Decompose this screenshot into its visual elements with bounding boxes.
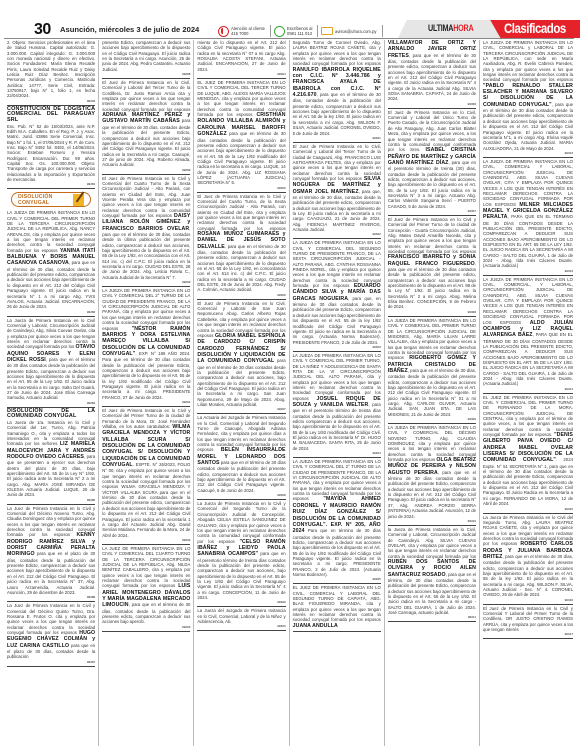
page-date: Asunción, miércoles 3 de julio de 2024 (60, 25, 199, 34)
column-1: 2. Objeto: Servicios profesionales en el… (4, 40, 99, 746)
ad-code: 99304 (293, 451, 381, 455)
ad-body: EL JUEZ DE PRIMERA INSTANCIA EN LO CIVIL… (483, 395, 573, 437)
ad-tail: , para que en el término de 30 días cont… (388, 470, 476, 519)
ad-tail: , para que en el término de 30 días, con… (7, 260, 95, 309)
divider (270, 25, 271, 37)
section-title: Clasificados (504, 20, 566, 36)
classified-ad: LA JUEZA DE PRIMERA INSTANCIA EN LO CIVI… (102, 288, 190, 407)
classified-ad: LA JUEZ DE PRIMERA INSTANCIA EN LO CIVIL… (102, 546, 190, 632)
divider (382, 25, 383, 37)
ad-tail: , para que en el término, de 30 días con… (388, 572, 476, 615)
ad-code: 99289 (102, 168, 190, 172)
classified-ad: LA JUEZA DE PRIMERA INSTANCIA EN LO CIVI… (388, 425, 476, 526)
ad-code: 99281 (7, 182, 95, 186)
ad-tail: . 2024 Expte. N° 51 SECRETARÍA N° 1, par… (483, 457, 573, 506)
classified-ad: La Jueza de Primera Instancia en lo Civi… (197, 501, 285, 607)
ad-body: El Juez de Primera Instancia en lo Civil… (102, 176, 190, 218)
ad-tail: , para que en el término de 30 días cont… (483, 102, 573, 151)
ad-body: LA JUEZA DE PRIMERA INSTANCIA EN LO CIVI… (293, 240, 381, 288)
classified-ad: Segunda Turno de Coronel Oviedo, Abg. LA… (293, 40, 381, 143)
column-4: Segunda Turno de Coronel Oviedo, Abg. LA… (290, 40, 385, 746)
ad-code: 99295 (197, 186, 285, 190)
classified-ad: La Jueza de Primera Instancia en lo Civi… (7, 318, 95, 408)
ad-code: 99310 (388, 519, 476, 523)
ad-body: Esc. Pub. N° 52 de 15/03/2024, ante N.P.… (7, 124, 95, 182)
pen-icon (73, 194, 84, 206)
divider (317, 25, 318, 37)
ad-body: presente Edicto, comparezcan a deducir s… (102, 40, 190, 72)
ad-tail: . EXP. N° 186 AÑO 2024. Para que en térm… (102, 351, 190, 400)
ad-code: 99300 (197, 624, 285, 628)
ad-code: 99298 (197, 493, 285, 497)
section-tag-disolucion-conyugal: DISOLUCIÓN CONYUGAL (11, 192, 91, 207)
ad-body: El Juez de Primera Instancia en lo Civil… (388, 110, 476, 152)
classified-ad: miento de lo dispuesto en el Art. 212 de… (197, 40, 285, 79)
ad-code: 99292 (102, 538, 190, 542)
ad-code: 99316 (483, 598, 573, 602)
classified-ad: la Jueza de Primera Instancia en lo Civi… (388, 527, 476, 623)
phone-icon (218, 26, 229, 37)
ad-body: La Jueza de Primera Instancia en lo Civi… (197, 501, 285, 543)
ad-tail: , para que, en término de 30 días contad… (293, 296, 381, 345)
ad-code: 99283 (7, 310, 95, 314)
ad-tail: , para que en el término de 30 días cont… (388, 261, 476, 310)
ad-body: LA JUEZA DE PRIMERA INSTANCIA EN LO CIVI… (102, 288, 190, 330)
classified-ad: El Juez de Primera Instancia en lo Civil… (197, 194, 285, 300)
whatsapp-icon (274, 26, 285, 37)
ad-tail: para que en el plazo de 30 días, contado… (7, 551, 95, 594)
ad-tail: , PARA QUE EN EL TÉRMINO DE 30 DÍAS CONT… (483, 332, 573, 386)
mail-icon (321, 27, 333, 35)
classified-ad: El Juez de Primera Instancia en lo Civil… (388, 110, 476, 216)
ad-code: 99301 (293, 136, 381, 140)
contact-phone-value: 415 7000 (231, 31, 248, 36)
ad-code: 99305 (293, 577, 381, 581)
ad-code: 99294 (197, 72, 285, 76)
classified-ad: LA JUEZA DE PRIMERA INSTANCIA EN LO CIVI… (483, 40, 573, 158)
classified-ad: El Juez de Primera Instancia en lo Civil… (388, 217, 476, 317)
ad-code: 99307 (388, 209, 476, 213)
classified-ad: LA JUEZA DE PRIMERA INSTANCIA EN LO CIVI… (483, 277, 573, 394)
column-5: VILLAMAYOR DE ORTIZ Y ARNALDO JAVIER ORT… (385, 40, 480, 746)
contact-phone[interactable]: Atención al cliente415 7000 (218, 24, 271, 38)
ad-code: 99291 (102, 400, 190, 404)
contact-email[interactable]: avisos@uhora.com.py (321, 24, 383, 38)
ad-code: 99311 (388, 615, 476, 619)
ad-body: LA JUEZ DE PRIMERA INSTANCIA EN LO CIVIL… (102, 546, 190, 588)
contact-whatsapp-value: 0981 111 013 (287, 31, 312, 36)
classified-ad: CONSTITUCIÓN DE LOGÍSTICA COMERCIAL DEL … (7, 107, 95, 190)
ad-code: 99202 (7, 99, 95, 103)
ad-body: El Juez de Primera Instancia en lo Civil… (102, 80, 190, 112)
contact-whatsapp[interactable]: Escríbenos al0981 111 013 (274, 24, 318, 38)
ad-body: El Juez de Primera Instancia en lo Civil… (388, 217, 476, 254)
ad-body: EL JUEZ DE PRIMERA INSTANCIA EN LO CIVIL… (293, 585, 381, 622)
ad-tail: Para que en término de 30 días contados … (293, 528, 381, 577)
ad-code: 99303 (293, 345, 381, 349)
ad-code: 99287 (7, 660, 95, 664)
ad-tail: . EXPTE. N° 26/2023, FOLIO N° 00, cita y… (102, 462, 190, 537)
classified-ad: EL JUEZ DE PRIMERA INSTANCIA EN LO CIVIL… (483, 395, 573, 514)
ad-code: 99290 (102, 280, 190, 284)
classified-ad: El Juez de Primera Instancia en lo Civil… (102, 408, 190, 545)
classified-ad: DISOLUCIÓN DE LA COMUNIDAD CONYUGALLa Ju… (7, 409, 95, 505)
classified-ad: EL JUEZ DE PRIMERA INSTANCIA EN LO CIVIL… (197, 80, 285, 193)
ad-body: El Juez de Primera Instancia en lo Civil… (197, 194, 285, 231)
ad-tail: , para que en el término de 30 días, con… (483, 554, 573, 597)
ad-body: 2. Objeto: Servicios profesionales en el… (7, 40, 95, 98)
ad-code: 99306 (388, 102, 476, 106)
classified-ad: presente Edicto, comparezcan a deducir s… (102, 40, 190, 79)
classified-ad: La Juez de Primera Instancia en lo Civil… (7, 603, 95, 666)
classified-ad: La Juez de Primera Instancia en lo Civil… (7, 506, 95, 603)
classified-ad: 2. Objeto: Servicios profesionales en el… (7, 40, 95, 106)
ad-tail: , PARA QUE EN EL TÉRMINO DE 30 DÍAS CONT… (483, 214, 573, 268)
ad-tail: , para que en el término de 30 días, con… (388, 368, 476, 417)
classified-ad: La Jueza de Primera Instancia en lo Civi… (483, 515, 573, 605)
classified-ad: LA JUEZA DE PRIMERA INSTANCIA EN LO CIVI… (293, 240, 381, 352)
classified-ad: El Juez de Primera Instancia en lo Civil… (293, 144, 381, 240)
ad-tail: , para que en el término de 30 días, con… (102, 226, 190, 280)
ad-body: La Jueza del Juzgado de Primera Instanci… (197, 608, 285, 624)
ad-body: LA JUEZA DE PRIMERA INSTANCIA EN LO CIVI… (483, 40, 573, 82)
ad-body: LA JUEZA DE PRIMERA INSTANCIA EN LO CIVI… (388, 318, 476, 360)
ad-tail: , para que en el perentorio término de t… (388, 160, 476, 209)
ad-code: 99296 (197, 293, 285, 297)
brand-logo: ULTIMAHORA (428, 23, 473, 33)
classified-ad: LA JUEZA DE PRIMERA INSTANCIA EN LO CIVI… (293, 459, 381, 584)
ad-names: JUANA ANDULLA (293, 623, 338, 629)
ad-code: 99313 (483, 269, 573, 273)
page-number: 30 (34, 21, 51, 39)
contact-email-value: avisos@uhora.com.py (335, 29, 377, 34)
ad-tail: para que en el perentorio término de tre… (197, 551, 285, 600)
ad-code: 99309 (388, 417, 476, 421)
classified-ad: El Juez de Primera Instancia en lo Civil… (483, 606, 573, 640)
column-3: miento de lo dispuesto en el Art. 212 de… (194, 40, 289, 746)
ad-tail: , para que en el término de 30 días, con… (293, 92, 381, 135)
page-header: 30 Asunción, miércoles 3 de julio de 202… (0, 0, 580, 38)
ad-code: 99312 (483, 151, 573, 155)
ad-code: 99315 (483, 507, 573, 511)
ad-body: LA JUEZA DE PRIMERA INSTANCIA EN LO CIVI… (7, 210, 95, 252)
brand-banner: ULTIMAHORA Clasificados (398, 20, 580, 38)
ad-code: 99286 (7, 595, 95, 599)
ad-code: 99314 (483, 387, 573, 391)
classified-ad: El Juez de Primera Instancia en lo Civil… (197, 301, 285, 415)
ad-tail: para que en el término de 30 días contad… (197, 358, 285, 407)
classified-ad: La Actuaria del Juzgado de Primera Insta… (197, 415, 285, 500)
ad-body: El Juez de Primera Instancia en lo Civil… (483, 606, 573, 632)
ad-code: 99293 (102, 625, 190, 629)
ad-body: LA JUEZA DE PRIMERA INSTANCIA EN LO CIVI… (483, 159, 573, 207)
ad-tail: , para que se presenten a ejercer sus de… (7, 454, 95, 497)
ad-tail: para que en el término de 30 días, conta… (102, 118, 190, 167)
classified-ad: LA JUEZA DE PRIMERA INSTANCIA EN LO CIVI… (293, 353, 381, 458)
ad-body: LA JUEZA DE PRIMERA INSTANCIA EN LO CIVI… (293, 459, 381, 501)
ad-tail: , para que en el término de 30 días, con… (388, 53, 476, 102)
ad-names: ADRIANA MARTÍNEZ PÉREZ y GUSTAVO MARTÍN … (102, 112, 190, 124)
ad-heading: CONSTITUCIÓN DE LOGÍSTICA COMERCIAL DEL … (7, 107, 95, 124)
ad-tail: para que en término de 30 días contados … (197, 131, 285, 185)
ad-tail: , para que, en el término de 30 días, co… (293, 189, 381, 232)
ad-code: 99297 (197, 407, 285, 411)
classified-ad: La Jueza del Juzgado de Primera Instanci… (197, 608, 285, 631)
ad-names: FRANCISCO IBARRETO y SONIA RAQUEL FRANCO… (388, 254, 476, 266)
ad-code: 99308 (388, 310, 476, 314)
column-6: LA JUEZA DE PRIMERA INSTANCIA EN LO CIVI… (480, 40, 576, 746)
classified-ad: LA JUEZA DE PRIMERA INSTANCIA EN LO CIVI… (7, 210, 95, 316)
ad-body: la Jueza de Primera Instancia en lo Civi… (388, 527, 476, 559)
header-rule (4, 38, 574, 39)
ad-tail: , para que en el término de 30 días cont… (7, 357, 95, 400)
ad-code: 99284 (7, 401, 95, 405)
ad-body: Segunda Turno de Coronel Oviedo, Abg. LA… (293, 40, 381, 66)
ad-code: 99288 (102, 72, 190, 76)
classified-ad: VILLAMAYOR DE ORTIZ Y ARNALDO JAVIER ORT… (388, 40, 476, 109)
ad-body: LA JUEZA DE PRIMERA INSTANCIA EN LO CIVI… (293, 353, 381, 401)
classified-ad: EL JUEZ DE PRIMERA INSTANCIA EN LO CIVIL… (293, 585, 381, 632)
ad-code: 99317 (483, 632, 573, 636)
ad-code: 99299 (197, 600, 285, 604)
ad-heading: DISOLUCIÓN DE LA COMUNIDAD CONYUGAL (7, 409, 95, 420)
ad-tail: , para que en el perentorio término de t… (293, 402, 381, 451)
classified-ad: El Juez de Primera Instancia en lo Civil… (102, 176, 190, 288)
column-2: presente Edicto, comparezcan a deducir s… (99, 40, 194, 746)
classified-ad: LA JUEZA DE PRIMERA INSTANCIA EN LO CIVI… (388, 318, 476, 424)
classifieds-columns: 2. Objeto: Servicios profesionales en el… (4, 40, 576, 746)
classified-ad: El Juez de Primera Instancia en lo Civil… (102, 80, 190, 175)
section-tag-label: DISOLUCIÓN CONYUGAL (18, 194, 73, 206)
ad-body: miento de lo dispuesto en el Art. 212 de… (197, 40, 285, 72)
ad-tail: , para que en el término de 30 días, con… (197, 244, 285, 293)
ad-body: LA JUEZA DE PRIMERA INSTANCIA EN LO CIVI… (483, 277, 573, 325)
classified-ad: LA JUEZA DE PRIMERA INSTANCIA EN LO CIVI… (483, 159, 573, 276)
ad-code: 99302 (293, 232, 381, 236)
ad-code: 99285 (7, 498, 95, 502)
